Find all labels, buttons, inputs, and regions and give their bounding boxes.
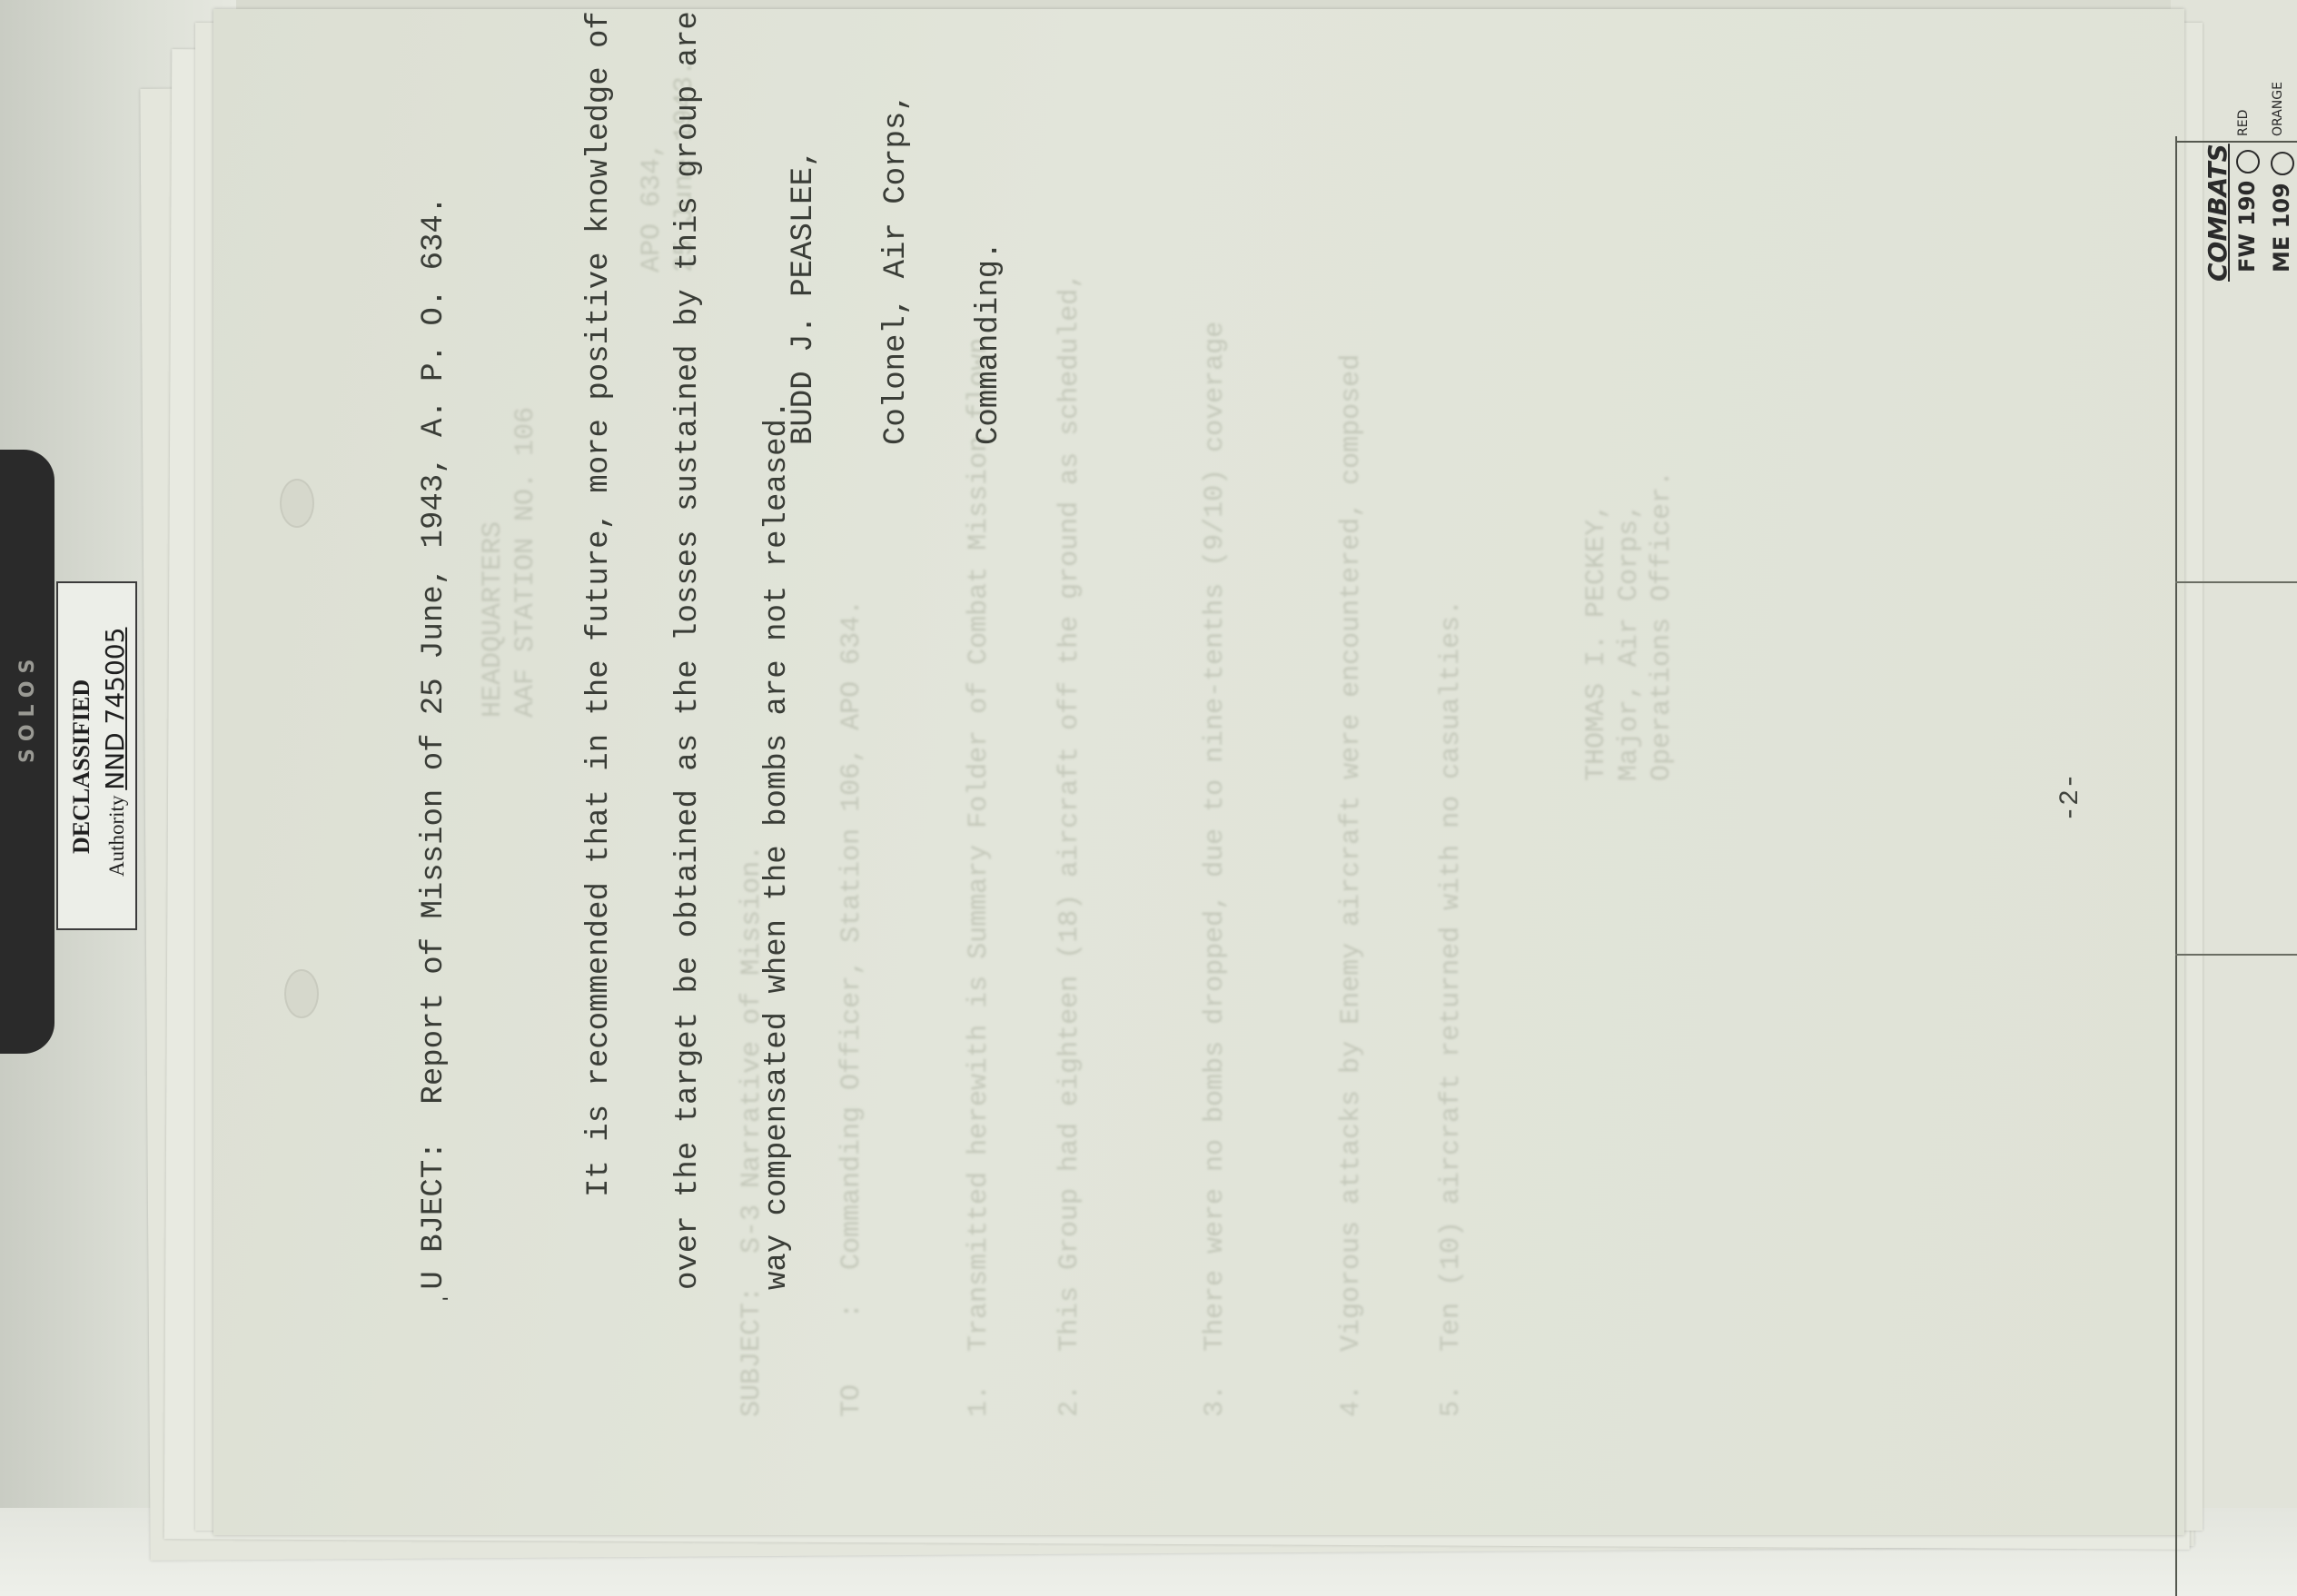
combat-row-me109: ME 109 <box>2269 152 2294 273</box>
form-divider <box>2175 141 2297 143</box>
authority-label: Authority <box>105 796 128 877</box>
color-label-red: RED <box>2236 110 2251 136</box>
stamp-authority: Authority NND 745005 <box>100 628 130 877</box>
ghost-to: TO : Commanding Officer, Station 106, AP… <box>836 600 868 1417</box>
signature-name: BUDD J. PEASLEE, <box>788 93 819 445</box>
circle-checkbox-icon[interactable] <box>2236 150 2260 173</box>
paper-stain <box>284 969 319 1018</box>
signature-role: Commanding. <box>974 93 1005 445</box>
signature-block: BUDD J. PEASLEE, Colonel, Air Corps, Com… <box>727 93 1035 445</box>
signature-rank: Colonel, Air Corps, <box>881 93 912 445</box>
circle-checkbox-icon[interactable] <box>2271 152 2294 175</box>
ghost-para-4: 4. Vigorous attacks by Enemy aircraft we… <box>1335 354 1368 1417</box>
combat-row-fw190: FW 190 <box>2234 150 2260 273</box>
form-rule <box>2175 954 2297 956</box>
ghost-para-5: 5. Ten (10) aircraft returned with no ca… <box>1435 600 1468 1417</box>
paragraph-line: over the target be obtained as the losse… <box>674 0 705 1290</box>
form-rule <box>2175 581 2297 583</box>
paper-stain <box>280 479 314 528</box>
paragraph-line: It is recommended that in the future, mo… <box>585 0 616 1290</box>
ghost-para-2: 2. This Group had eighteen (18) aircraft… <box>1054 273 1086 1417</box>
ghost-signature: THOMAS I. PECKEY,Major, Air Corps,Operat… <box>1580 471 1678 781</box>
subject-line: ˌU BJECT: Report of Mission of 25 June, … <box>418 196 450 1308</box>
color-label-orange: ORANGE <box>2271 82 2285 136</box>
combats-form <box>2175 136 2297 1596</box>
ghost-para-1: 1. Transmitted herewith is Summary Folde… <box>963 338 995 1417</box>
stamp-title: DECLASSIFIED <box>68 679 95 854</box>
authority-value: NND 745005 <box>100 628 130 790</box>
clip-label: SOLOS <box>16 652 39 763</box>
ghost-para-3: 3. There were no bombs dropped, due to n… <box>1199 322 1232 1417</box>
page-number: -2- <box>2054 773 2087 822</box>
combats-title: COMBATS <box>2203 144 2233 282</box>
